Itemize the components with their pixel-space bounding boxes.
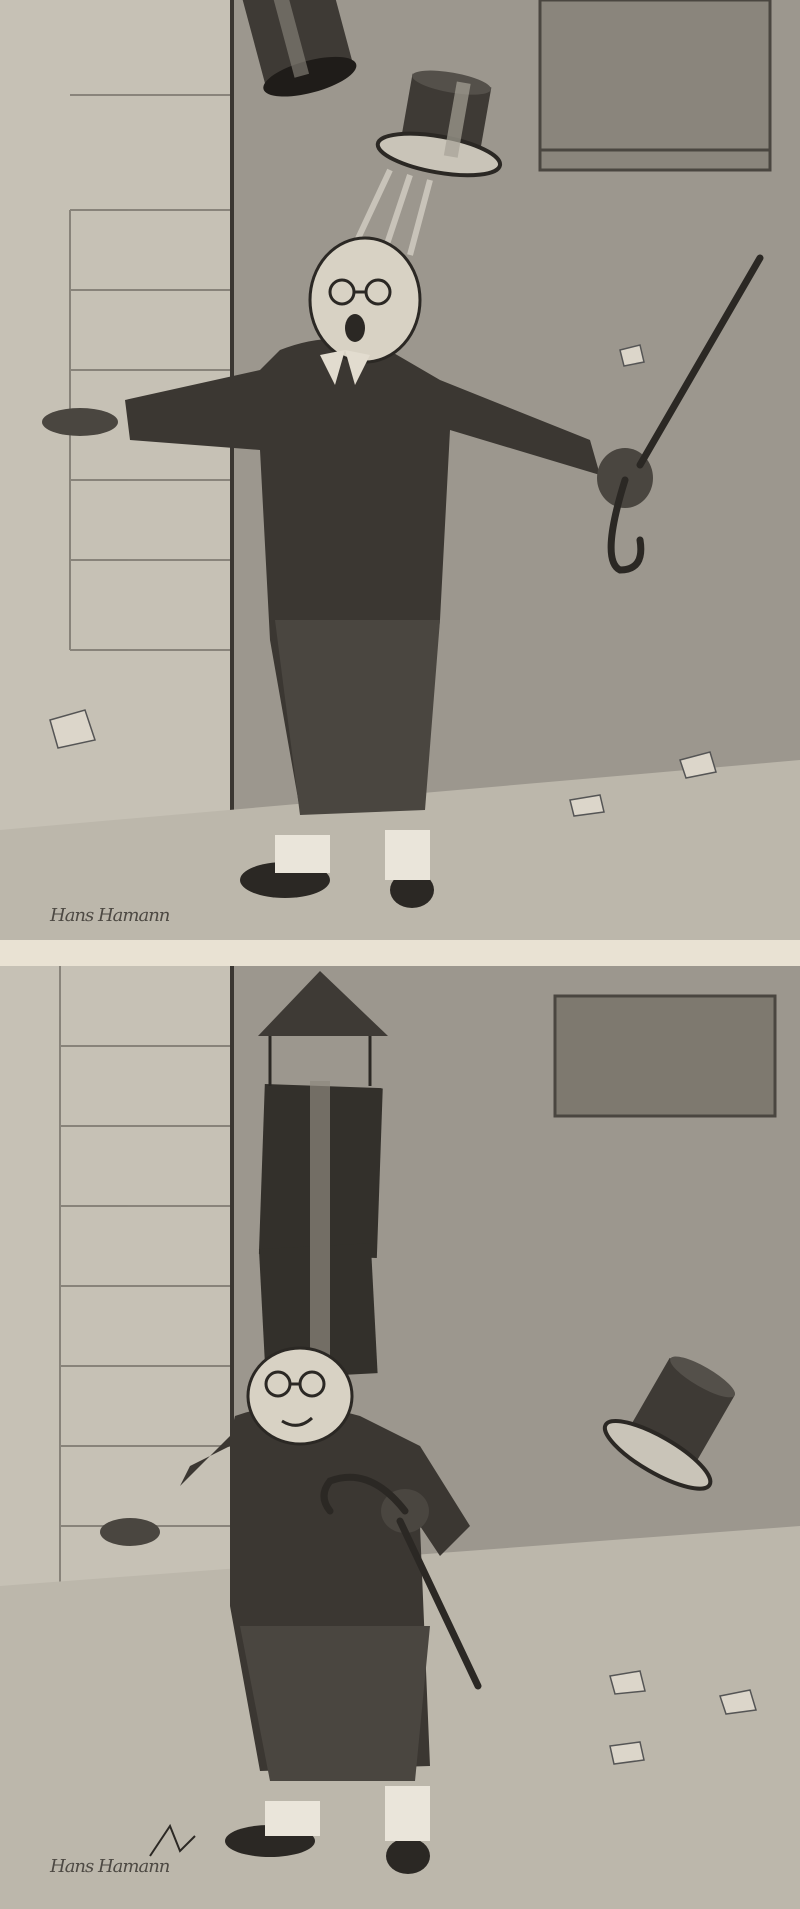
hand-left (100, 1518, 160, 1546)
panel-1-drawing (0, 0, 800, 940)
hand-left (42, 408, 118, 436)
cartoon-panel-1: Hans Hamann (0, 0, 800, 940)
window (555, 996, 775, 1116)
window (540, 0, 770, 170)
artist-signature: Hans Hamann (50, 905, 169, 926)
shoe-right (386, 1838, 430, 1874)
artist-signature: Hans Hamann (50, 1856, 169, 1877)
stacked-hat-chimney (258, 971, 388, 1381)
cartoon-panel-2: Hans Hamann (0, 966, 800, 1909)
panel-2-drawing (0, 966, 800, 1909)
